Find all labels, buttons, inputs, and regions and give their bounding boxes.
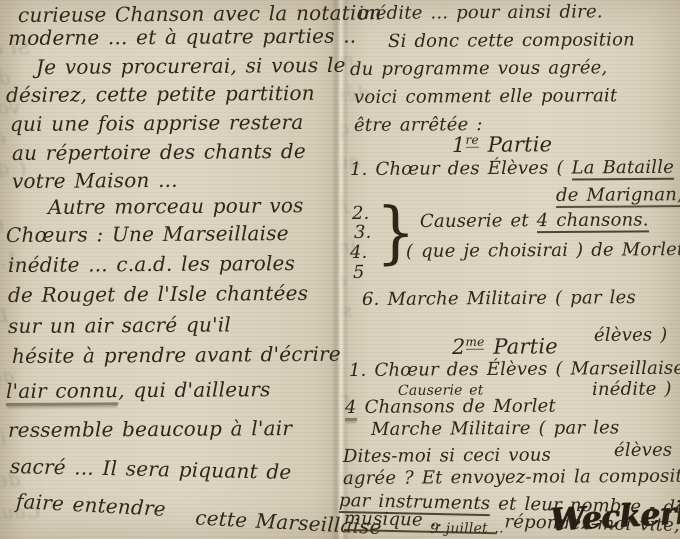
manuscript-line: Chœurs : Une Marseillaise bbox=[6, 222, 289, 246]
manuscript-line: inédite ... c.a.d. les paroles bbox=[8, 252, 295, 276]
line-segment: , qui d'ailleurs bbox=[118, 377, 270, 402]
line-segment: Chansons de Morlet bbox=[357, 396, 556, 418]
manuscript-line: hésite à prendre avant d'écrire bbox=[12, 343, 341, 367]
part2-heading: 2me Partie bbox=[452, 335, 558, 359]
line-segment: 1. Chœur des Élèves ( bbox=[350, 157, 572, 180]
manuscript-line: votre Maison ... bbox=[12, 169, 178, 192]
line-segment: 2 bbox=[452, 335, 466, 359]
manuscript-line: sur un air sacré qu'il bbox=[8, 313, 231, 337]
line-segment: Causerie et bbox=[420, 210, 537, 232]
date-line: 9 juillet .. bbox=[430, 521, 504, 537]
line-segment-underlined: La Bataille bbox=[572, 157, 675, 181]
manuscript-line: l'air connu, qui d'ailleurs bbox=[6, 378, 271, 402]
line-segment-underlined: 4 chansons. bbox=[537, 209, 649, 233]
part1-heading: 1re Partie bbox=[452, 133, 552, 157]
manuscript-line: au répertoire des chants de bbox=[12, 140, 306, 164]
manuscript-line: de Marignan, bbox=[556, 185, 680, 208]
manuscript-line: inédite ... pour ainsi dire. bbox=[358, 2, 603, 24]
manuscript-line: désirez, cette petite partition bbox=[6, 82, 315, 106]
manuscript-line: Je vous procurerai, si vous le bbox=[36, 54, 346, 78]
manuscript-line: agrée ? Et envoyez-moi la composition bbox=[343, 466, 680, 488]
manuscript-line: Marche Militaire ( par les bbox=[371, 418, 620, 440]
line-segment: 1 bbox=[452, 133, 466, 157]
ordinal-superscript: me bbox=[465, 335, 484, 350]
list-number: 5 bbox=[353, 263, 365, 283]
manuscript-line: 6. Marche Militaire ( par les bbox=[362, 288, 636, 310]
line-segment-underlined: 4 bbox=[345, 397, 357, 421]
manuscript-line: élèves ). bbox=[614, 440, 680, 460]
manuscript-line: de Rouget de l'Isle chantées bbox=[8, 282, 308, 306]
manuscript-line: ressemble beaucoup à l'air bbox=[8, 417, 292, 441]
line-segment-underlined: l'air connu bbox=[6, 378, 118, 406]
manuscript-line: faire entendrecette Marseillaise bbox=[15, 490, 382, 531]
list-number: 2. bbox=[352, 204, 370, 224]
manuscript-line: Si donc cette composition bbox=[388, 30, 635, 52]
manuscript-line: qui une fois apprise restera bbox=[10, 111, 304, 135]
manuscript-line: 4 Chansons de Morlet bbox=[345, 397, 556, 418]
ordinal-superscript: re bbox=[465, 133, 478, 148]
manuscript-line: ( que je choisirai ) de Morlet bbox=[406, 240, 680, 262]
manuscript-line: Dites-moi si ceci vous bbox=[343, 446, 551, 467]
manuscript-line: élèves ) bbox=[594, 325, 668, 345]
manuscript-line: Autre morceau pour vos bbox=[48, 194, 304, 218]
line-segment: Partie bbox=[479, 132, 553, 157]
manuscript-line: 1. Chœur des Élèves ( Marseillaise bbox=[349, 359, 680, 381]
manuscript-line: 1. Chœur des Élèves ( La Bataille bbox=[350, 158, 674, 180]
manuscript-line: curieuse Chanson avec la notation bbox=[18, 1, 382, 26]
manuscript-line: inédite ) bbox=[592, 379, 672, 399]
manuscript-line: voici comment elle pourrait bbox=[354, 86, 618, 108]
manuscript-line: sacré ... Il sera piquant de bbox=[10, 455, 292, 483]
list-number: 3. bbox=[354, 223, 372, 243]
list-number: 4. bbox=[350, 243, 368, 263]
handwriting-layer: curieuse Chanson avec la notation modern… bbox=[0, 0, 680, 539]
manuscript-line: du programme vous agrée, bbox=[350, 58, 608, 80]
line-segment: Partie bbox=[484, 334, 558, 359]
manuscript-line: Causerie et 4 chansons. bbox=[420, 210, 649, 231]
manuscript-spread: Si donc cette composition du programme v… bbox=[0, 0, 680, 539]
line-segment: faire entendre bbox=[15, 489, 166, 521]
manuscript-line: moderne ... et à quatre parties .. bbox=[8, 25, 356, 49]
